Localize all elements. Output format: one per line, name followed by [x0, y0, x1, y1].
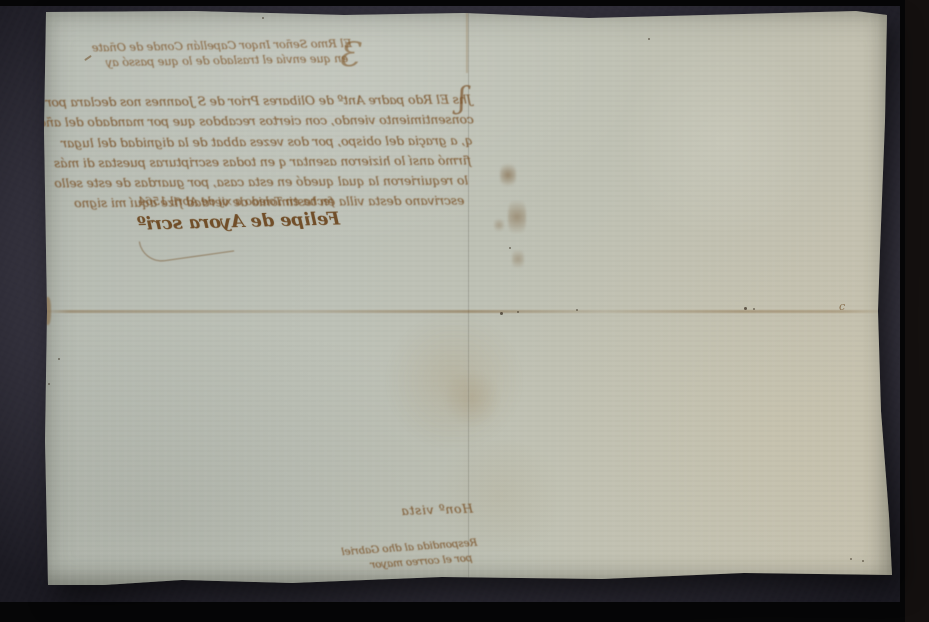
signature: Felipe de Ayora scriº — [144, 208, 340, 234]
date-line: fecha en Toledo a xij de Abril 1564 — [148, 194, 334, 208]
ink-speck — [753, 308, 755, 310]
ink-smudge — [500, 161, 516, 189]
ink-speck — [262, 17, 264, 19]
ink-smudge — [494, 217, 504, 233]
fold-crease-stain — [466, 13, 468, 73]
water-stain — [442, 371, 502, 426]
ink-speck — [850, 558, 852, 560]
docket-note: Honº vista — [393, 501, 473, 519]
ink-speck — [744, 307, 747, 310]
address-block: El Rmo Señor Inqor Capellán Conde de Oña… — [116, 36, 352, 70]
light-patch — [604, 51, 844, 231]
ink-speck — [862, 560, 864, 562]
fold-crease-horizontal — [44, 310, 893, 313]
edge-c-mark: c — [839, 300, 845, 313]
address-brace-flourish: Ɛ — [338, 35, 359, 75]
manuscript-photo: El Rmo Señor Inqor Capellán Conde de Oña… — [0, 0, 929, 622]
edge-stain — [44, 297, 51, 325]
ink-speck — [48, 383, 50, 385]
water-stain — [384, 311, 524, 451]
body-line: q, a graçia del obispo, por dos vezes ab… — [50, 130, 474, 153]
paper-sheet: El Rmo Señor Inqor Capellán Conde de Oña… — [44, 11, 893, 587]
address-line: en que envía el traslado de lo que passó… — [116, 51, 352, 70]
pen-stroke — [84, 55, 92, 61]
ink-speck — [58, 358, 60, 360]
ink-speck — [509, 247, 511, 249]
docket-block: Respondida al dho Gabriel por el correo … — [353, 536, 479, 574]
ink-smudge — [508, 195, 526, 239]
ink-speck — [500, 312, 503, 315]
ink-speck — [517, 311, 519, 313]
body-line: consentimiento viendo, con ciertos recab… — [50, 110, 474, 133]
photo-frame-right-band — [905, 0, 929, 622]
water-stain — [424, 441, 574, 551]
paragraph-flourish: ʃ — [458, 81, 466, 116]
paper-surface: El Rmo Señor Inqor Capellán Conde de Oña… — [44, 11, 893, 587]
ink-smudge — [512, 247, 524, 271]
ink-speck — [648, 38, 650, 40]
ink-speck — [576, 309, 578, 311]
